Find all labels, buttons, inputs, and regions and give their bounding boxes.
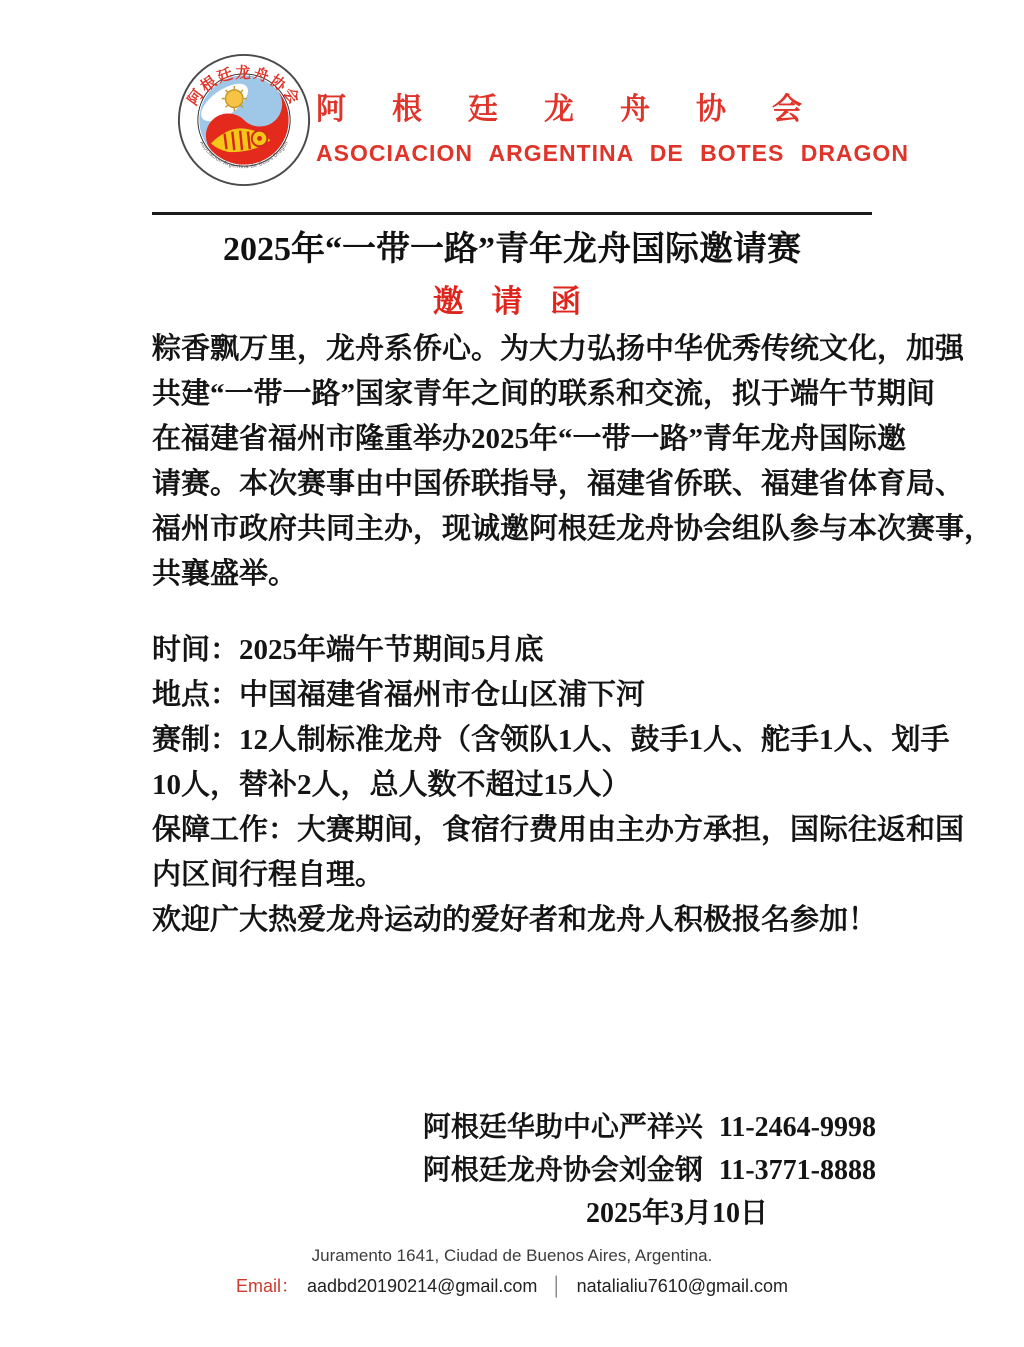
header-divider-line — [152, 212, 872, 215]
email-label: Email： — [236, 1276, 299, 1296]
org-name-zh-char: 协 — [696, 84, 726, 128]
footer-address: Juramento 1641, Ciudad de Buenos Aires, … — [0, 1246, 1024, 1266]
org-name-zh-char: 舟 — [620, 84, 650, 128]
detail-line: 内区间行程自理。 — [152, 853, 876, 898]
email-secondary: natalialiu7610@gmail.com — [577, 1276, 788, 1296]
detail-line: 地点：中国福建省福州市仓山区浦下河 — [152, 673, 876, 718]
document-subtitle: 邀 请 函 — [152, 276, 872, 321]
association-logo: 阿根廷龙舟协会 Asociacion Argentina de Botes Dr… — [176, 52, 312, 188]
contact-name: 阿根廷龙舟协会刘金钢 — [423, 1149, 703, 1192]
body-line: 在福建省福州市隆重举办2025年“一带一路”青年龙舟国际邀 — [152, 417, 876, 462]
contact-row: 阿根廷华助中心严祥兴11-2464-9998 — [152, 1106, 876, 1149]
contact-rows: 阿根廷华助中心严祥兴11-2464-9998阿根廷龙舟协会刘金钢11-3771-… — [152, 1106, 876, 1192]
contacts-block: 阿根廷华助中心严祥兴11-2464-9998阿根廷龙舟协会刘金钢11-3771-… — [152, 1106, 876, 1235]
contact-phone: 11-3771-8888 — [719, 1149, 876, 1192]
email-primary: aadbd20190214@gmail.com — [307, 1276, 537, 1296]
event-details: 时间：2025年端午节期间5月底地点：中国福建省福州市仓山区浦下河赛制：12人制… — [152, 628, 876, 943]
footer: Juramento 1641, Ciudad de Buenos Aires, … — [0, 1246, 1024, 1298]
org-name-zh-char: 会 — [772, 84, 802, 128]
contact-phone: 11-2464-9998 — [719, 1106, 876, 1149]
org-name-zh: 阿根廷龙舟协会 — [316, 84, 802, 128]
org-name-zh-char: 廷 — [468, 84, 498, 128]
footer-email-line: Email：aadbd20190214@gmail.com│natalialiu… — [0, 1272, 1024, 1298]
email-separator: │ — [551, 1276, 562, 1296]
detail-line: 赛制：12人制标准龙舟（含领队1人、鼓手1人、舵手1人、划手 — [152, 718, 876, 763]
org-name-es: ASOCIACION ARGENTINA DE BOTES DRAGON — [316, 140, 802, 167]
detail-line: 欢迎广大热爱龙舟运动的爱好者和龙舟人积极报名参加！ — [152, 898, 876, 943]
body-line: 共襄盛举。 — [152, 552, 876, 597]
invitation-letter-page: 阿根廷龙舟协会 Asociacion Argentina de Botes Dr… — [0, 0, 1024, 1347]
body-line: 粽香飘万里，龙舟系侨心。为大力弘扬中华优秀传统文化，加强 — [152, 327, 876, 372]
detail-line: 时间：2025年端午节期间5月底 — [152, 628, 876, 673]
contact-name: 阿根廷华助中心严祥兴 — [423, 1106, 703, 1149]
org-name-zh-char: 龙 — [544, 84, 574, 128]
detail-line: 保障工作：大赛期间，食宿行费用由主办方承担，国际往返和国 — [152, 808, 876, 853]
contact-row: 阿根廷龙舟协会刘金钢11-3771-8888 — [152, 1149, 876, 1192]
body-paragraph: 粽香飘万里，龙舟系侨心。为大力弘扬中华优秀传统文化，加强共建“一带一路”国家青年… — [152, 327, 876, 597]
org-name-zh-char: 阿 — [316, 84, 346, 128]
header-org-names: 阿根廷龙舟协会 ASOCIACION ARGENTINA DE BOTES DR… — [316, 84, 802, 167]
body-line: 共建“一带一路”国家青年之间的联系和交流，拟于端午节期间 — [152, 372, 876, 417]
document-date: 2025年3月10日 — [152, 1192, 876, 1235]
org-name-zh-char: 根 — [392, 84, 422, 128]
body-line: 请赛。本次赛事由中国侨联指导，福建省侨联、福建省体育局、 — [152, 462, 876, 507]
document-title: 2025年“一带一路”青年龙舟国际邀请赛 — [152, 221, 872, 270]
detail-line: 10人，替补2人，总人数不超过15人） — [152, 763, 876, 808]
body-line: 福州市政府共同主办，现诚邀阿根廷龙舟协会组队参与本次赛事， — [152, 507, 876, 552]
